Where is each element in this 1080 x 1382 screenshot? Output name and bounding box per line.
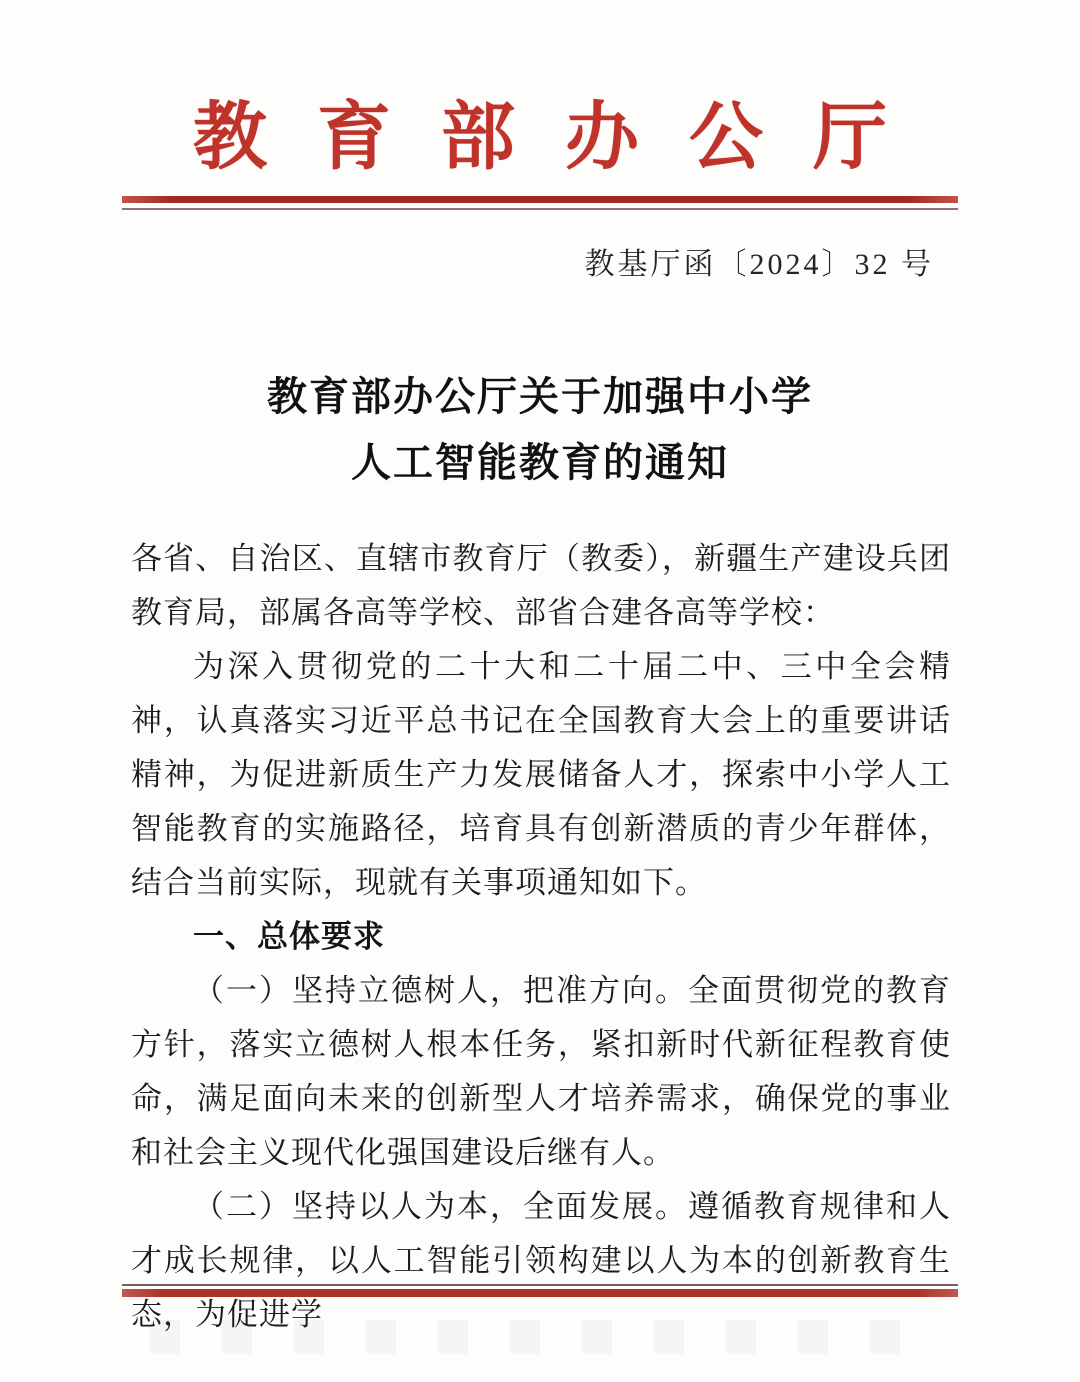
- letterhead-divider-thick-line: [122, 196, 958, 203]
- document-title: 教育部办公厅关于加强中小学 人工智能教育的通知: [0, 364, 1080, 496]
- salutation-paragraph: 各省、自治区、直辖市教育厅（教委），新疆生产建设兵团教育局，部属各高等学校、部省…: [131, 532, 951, 640]
- document-title-line2: 人工智能教育的通知: [0, 430, 1080, 496]
- agency-letterhead: 教育部办公厅: [0, 96, 1080, 180]
- section-item-2-paragraph: （二）坚持以人为本，全面发展。遵循教育规律和人才成长规律，以人工智能引领构建以人…: [131, 1180, 951, 1342]
- page-footer-thick-line: [122, 1289, 958, 1297]
- section-item-1-paragraph: （一）坚持立德树人，把准方向。全面贯彻党的教育方针，落实立德树人根本任务，紧扣新…: [131, 964, 951, 1180]
- document-reference-number: 教基厅函〔2024〕32 号: [0, 246, 1080, 284]
- document-title-line1: 教育部办公厅关于加强中小学: [0, 364, 1080, 430]
- section-heading: 一、总体要求: [131, 910, 951, 964]
- page-footer-divider: [122, 1284, 958, 1297]
- document-body: 各省、自治区、直辖市教育厅（教委），新疆生产建设兵团教育局，部属各高等学校、部省…: [131, 532, 951, 1342]
- letterhead-divider-thin-line: [122, 208, 958, 210]
- letterhead-divider: [122, 196, 958, 210]
- intro-paragraph: 为深入贯彻党的二十大和二十届二中、三中全会精神，认真落实习近平总书记在全国教育大…: [131, 640, 951, 910]
- page-footer-thin-line: [122, 1284, 958, 1286]
- next-page-bleed-through-artifact: [150, 1320, 940, 1354]
- official-document-page: 教育部办公厅 教基厅函〔2024〕32 号 教育部办公厅关于加强中小学 人工智能…: [0, 0, 1080, 1382]
